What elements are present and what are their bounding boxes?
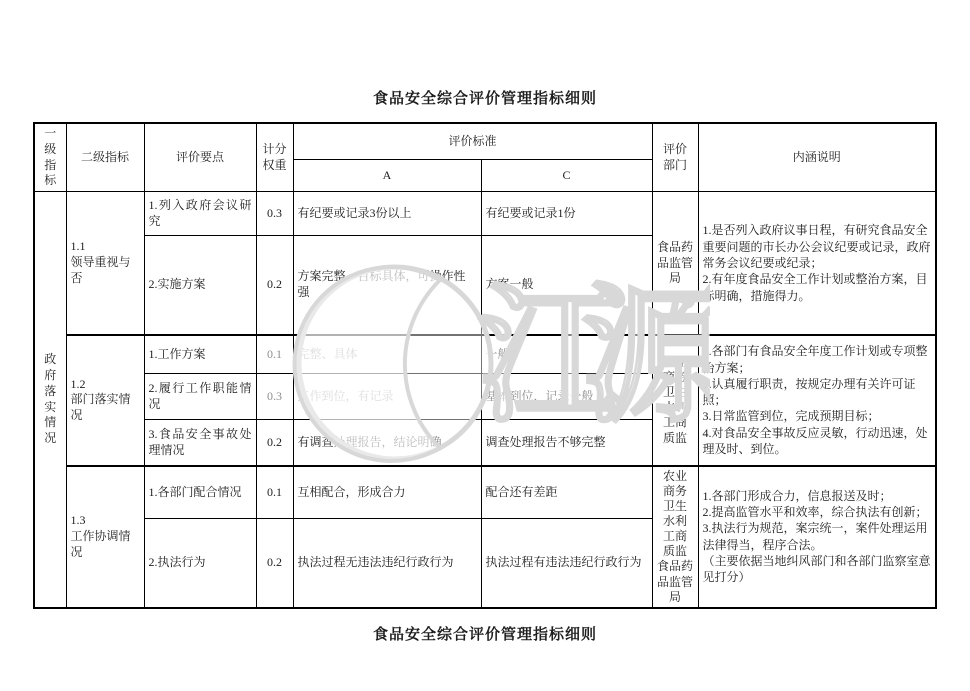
document-title-top: 食品安全综合评价管理指标细则 [0,87,970,108]
header-department: 评价 部门 [652,123,698,192]
cell-level2: 1.1 领导重视与否 [66,192,144,335]
cell-point: 1.工作方案 [144,335,256,374]
cell-standard-a: 互相配合，形成合力 [293,466,481,519]
cell-standard-a: 有调查处理报告，结论明确 [293,420,481,466]
header-weight: 计分 权重 [256,123,293,192]
cell-weight: 0.1 [256,466,293,519]
cell-standard-c: 基本到位，记录一般 [481,374,652,420]
cell-explanation: 1.各部门有食品安全年度工作计划或专项整治方案； 2.认真履行职责，按规定办理有… [698,335,936,466]
cell-point: 2.实施方案 [144,236,256,335]
cell-department: 农业 商务 卫生 水利 工商 质监 食品药 品监管 局 [652,466,698,608]
cell-point: 2.履行工作职能情况 [144,374,256,420]
evaluation-table: 一级 指标 二级指标 评价要点 计分 权重 评价标准 评价 部门 内涵说明 A … [33,122,937,609]
header-explanation: 内涵说明 [698,123,936,192]
header-level1: 一级 指标 [34,123,66,192]
cell-standard-a: 执法过程无违法违纪行政行为 [293,519,481,608]
cell-weight: 0.2 [256,420,293,466]
cell-weight: 0.3 [256,374,293,420]
cell-explanation: 1.是否列入政府议事日程，有研究食品安全重要问题的市长办公会议纪要或记录，政府常… [698,192,936,335]
header-standard-c: C [481,160,652,192]
document-page: 食品安全综合评价管理指标细则 一级 指标 二级指标 评价要点 计分 权重 评价标… [0,0,970,691]
cell-point: 2.执法行为 [144,519,256,608]
cell-weight: 0.3 [256,192,293,236]
cell-point: 1.各部门配合情况 [144,466,256,519]
cell-department: 农业 商务 卫生 水利 工商 质监 [652,335,698,466]
cell-standard-c: 一般 [481,335,652,374]
cell-standard-a: 方案完整，目标具体，可操作性强 [293,236,481,335]
cell-standard-a: 完整、具体 [293,335,481,374]
cell-explanation: 1.各部门形成合力，信息报送及时； 2.提高监管水平和效率，综合执法有创新； 3… [698,466,936,608]
header-points: 评价要点 [144,123,256,192]
cell-weight: 0.1 [256,335,293,374]
header-level2: 二级指标 [66,123,144,192]
cell-standard-c: 执法过程有违法违纪行政行为 [481,519,652,608]
document-title-bottom: 食品安全综合评价管理指标细则 [0,623,970,644]
cell-department: 食品药 品监管 局 [652,192,698,335]
cell-level2: 1.3 工作协调情况 [66,466,144,608]
cell-standard-c: 有纪要或记录1份 [481,192,652,236]
cell-weight: 0.2 [256,519,293,608]
cell-weight: 0.2 [256,236,293,335]
cell-standard-a: 有纪要或记录3份以上 [293,192,481,236]
cell-standard-c: 方案一般 [481,236,652,335]
header-standard-a: A [293,160,481,192]
cell-point: 3.食品安全事故处理情况 [144,420,256,466]
cell-standard-c: 调查处理报告不够完整 [481,420,652,466]
cell-point: 1.列入政府会议研究 [144,192,256,236]
header-standard: 评价标准 [293,123,652,160]
cell-standard-a: 工作到位，有记录 [293,374,481,420]
cell-level1: 政府 落实 情况 [34,192,66,608]
cell-standard-c: 配合还有差距 [481,466,652,519]
cell-level2: 1.2 部门落实情况 [66,335,144,466]
